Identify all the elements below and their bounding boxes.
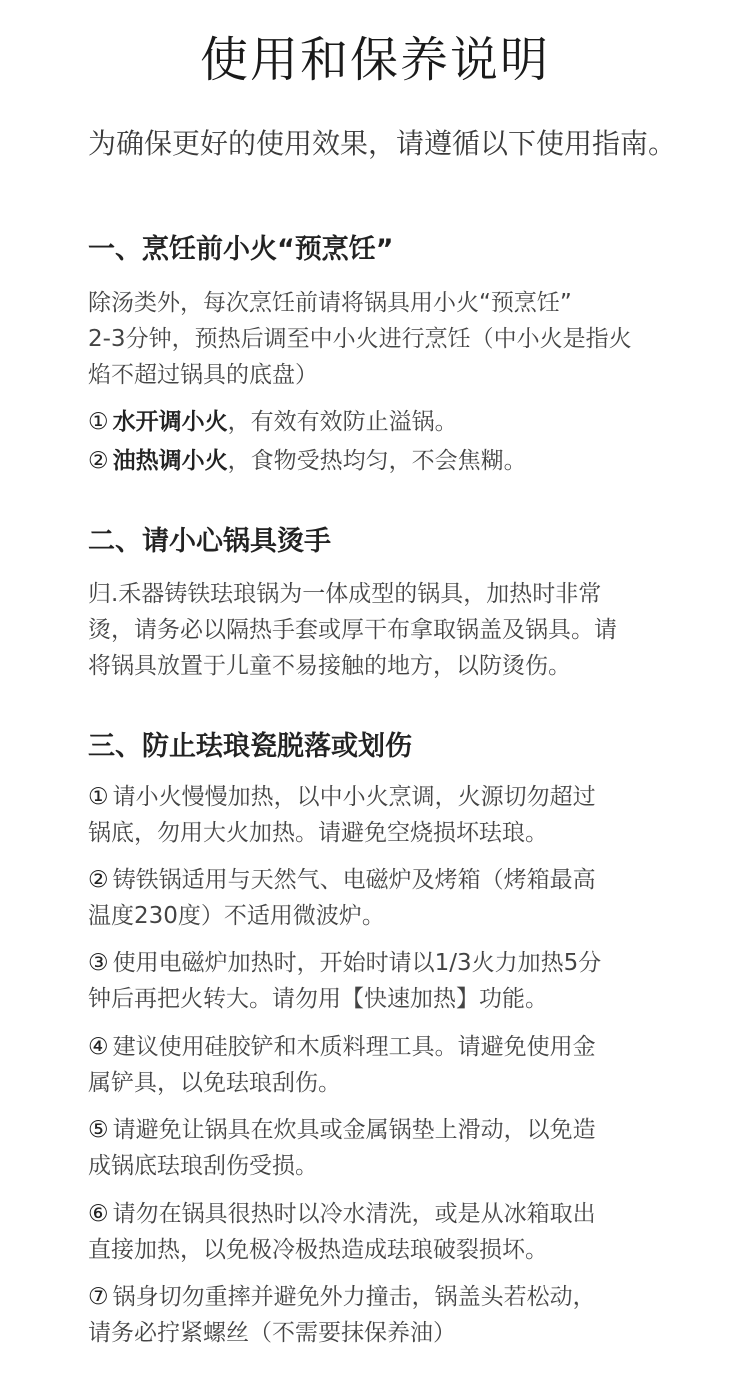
- item-text: ，有效有效防止溢锅。: [228, 409, 458, 435]
- list-item: ⑤请避免让锅具在炊具或金属锅垫上滑动，以免造 成锅底珐琅刮伤受损。: [88, 1112, 688, 1184]
- section-heading-hot-handle: 二、请小心锅具烫手: [88, 524, 331, 560]
- list-item: ②油热调小火，食物受热均匀，不会焦糊。: [88, 443, 688, 479]
- item-text: 铸铁锅适用与天然气、电磁炉及烤箱（烤箱最高: [113, 867, 596, 893]
- item-text: 钟后再把火转大。请勿用【快速加热】功能。: [88, 981, 688, 1017]
- paragraph-line: 将锅具放置于儿童不易接触的地方，以防烫伤。: [88, 648, 668, 684]
- section-paragraph-preheat: 除汤类外，每次烹饪前请将锅具用小火“预烹饪” 2-3分钟，预热后调至中小火进行烹…: [88, 285, 668, 393]
- item-text: 使用电磁炉加热时，开始时请以1/3火力加热5分: [113, 950, 602, 976]
- item-number: ②: [88, 867, 109, 893]
- list-item: ⑥请勿在锅具很热时以冷水清洗，或是从冰箱取出 直接加热，以免极冷极热造成珐琅破裂…: [88, 1196, 688, 1268]
- item-text: 请务必拧紧螺丝（不需要抹保养油）: [88, 1315, 688, 1351]
- item-text: 属铲具，以免珐琅刮伤。: [88, 1065, 688, 1101]
- list-item: ①请小火慢慢加热，以中小火烹调，火源切勿超过 锅底，勿用大火加热。请避免空烧损坏…: [88, 779, 688, 851]
- section-heading-preheat: 一、烹饪前小火“预烹饪”: [88, 232, 394, 268]
- item-number: ④: [88, 1034, 109, 1060]
- item-number: ⑥: [88, 1201, 109, 1227]
- item-text: 锅身切勿重摔并避免外力撞击，锅盖头若松动，: [113, 1284, 596, 1310]
- list-item: ⑦锅身切勿重摔并避免外力撞击，锅盖头若松动， 请务必拧紧螺丝（不需要抹保养油）: [88, 1279, 688, 1351]
- section-paragraph-hot-handle: 归.禾器铸铁珐琅锅为一体成型的锅具，加热时非常 烫，请务必以隔热手套或厚干布拿取…: [88, 576, 668, 684]
- item-number: ①: [88, 409, 109, 435]
- item-text: ，食物受热均匀，不会焦糊。: [228, 448, 527, 474]
- item-text: 温度230度）不适用微波炉。: [88, 898, 688, 934]
- paragraph-line: 除汤类外，每次烹饪前请将锅具用小火“预烹饪”: [88, 285, 668, 321]
- list-item: ④建议使用硅胶铲和木质料理工具。请避免使用金 属铲具，以免珐琅刮伤。: [88, 1029, 688, 1101]
- list-item: ③使用电磁炉加热时，开始时请以1/3火力加热5分 钟后再把火转大。请勿用【快速加…: [88, 945, 688, 1017]
- item-text: 请小火慢慢加热，以中小火烹调，火源切勿超过: [113, 784, 596, 810]
- item-number: ①: [88, 784, 109, 810]
- item-number: ⑤: [88, 1117, 109, 1143]
- paragraph-line: 烫，请务必以隔热手套或厚干布拿取锅盖及锅具。请: [88, 612, 668, 648]
- page-title: 使用和保养说明: [0, 28, 750, 92]
- paragraph-line: 2-3分钟，预热后调至中小火进行烹饪（中小火是指火: [88, 321, 668, 357]
- item-text: 成锅底珐琅刮伤受损。: [88, 1148, 688, 1184]
- item-text: 建议使用硅胶铲和木质料理工具。请避免使用金: [113, 1034, 596, 1060]
- item-text: 请勿在锅具很热时以冷水清洗，或是从冰箱取出: [113, 1201, 596, 1227]
- list-item: ②铸铁锅适用与天然气、电磁炉及烤箱（烤箱最高 温度230度）不适用微波炉。: [88, 862, 688, 934]
- intro-text: 为确保更好的使用效果，请遵循以下使用指南。: [88, 124, 676, 164]
- paragraph-line: 归.禾器铸铁珐琅锅为一体成型的锅具，加热时非常: [88, 576, 668, 612]
- item-emphasis: 油热调小火: [113, 448, 228, 474]
- item-number: ③: [88, 950, 109, 976]
- item-emphasis: 水开调小火: [113, 409, 228, 435]
- item-text: 锅底，勿用大火加热。请避免空烧损坏珐琅。: [88, 815, 688, 851]
- item-number: ②: [88, 448, 109, 474]
- item-number: ⑦: [88, 1284, 109, 1310]
- list-item: ①水开调小火，有效有效防止溢锅。: [88, 404, 688, 440]
- section-heading-enamel-care: 三、防止珐琅瓷脱落或划伤: [88, 729, 412, 765]
- item-text: 直接加热，以免极冷极热造成珐琅破裂损坏。: [88, 1232, 688, 1268]
- item-text: 请避免让锅具在炊具或金属锅垫上滑动，以免造: [113, 1117, 596, 1143]
- paragraph-line: 焰不超过锅具的底盘）: [88, 357, 668, 393]
